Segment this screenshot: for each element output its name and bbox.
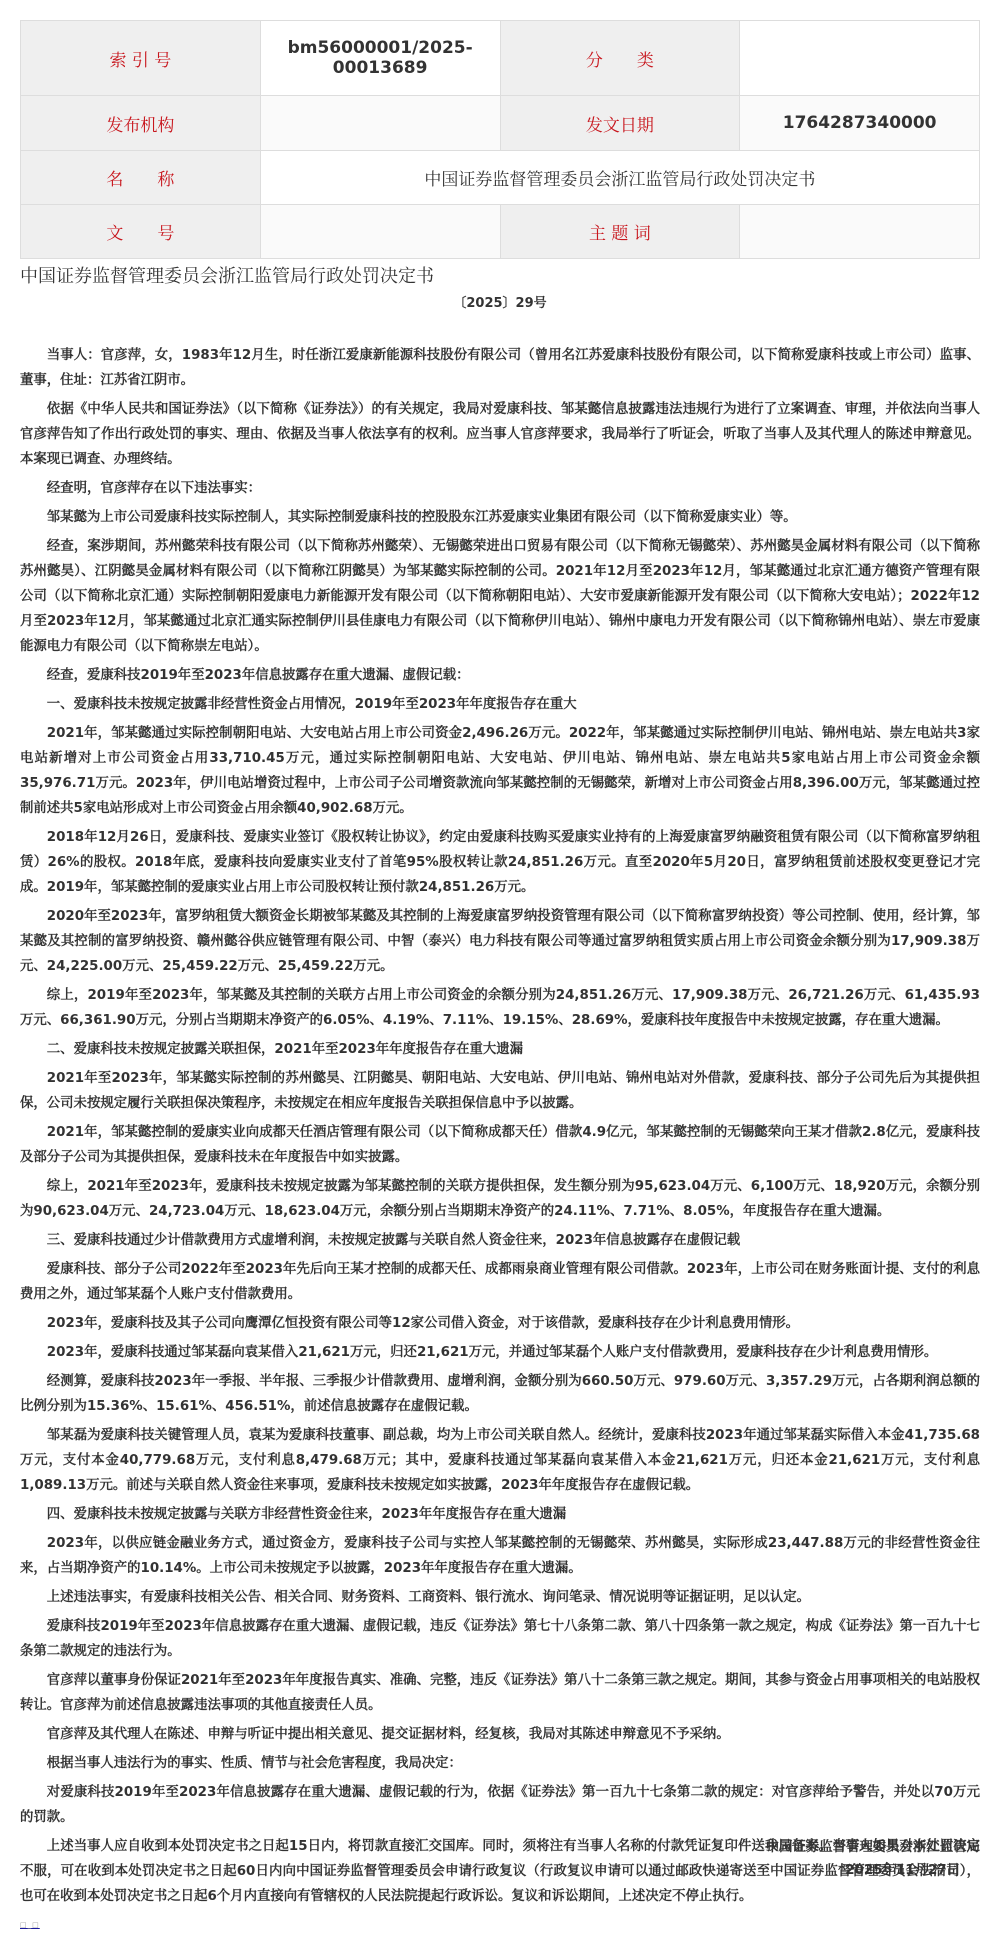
signature-org: 中国证券监督管理委员会浙江监管局 bbox=[766, 1836, 980, 1859]
publisher-value bbox=[260, 96, 500, 151]
document-title: 中国证券监督管理委员会浙江监管局行政处罚决定书 bbox=[20, 262, 434, 288]
body-paragraph: 爱康科技2019年至2023年信息披露存在重大遗漏、虚假记载，违反《证券法》第七… bbox=[20, 1614, 980, 1664]
body-paragraph: 上述违法事实，有爱康科技相关公告、相关合同、财务资料、工商资料、银行流水、询问笔… bbox=[20, 1585, 980, 1610]
body-paragraph: 综上，2019年至2023年，邹某懿及其控制的关联方占用上市公司资金的余额分别为… bbox=[20, 983, 980, 1033]
metadata-table: 索 引 号 bm56000001/2025-00013689 分 类 发布机构 … bbox=[20, 20, 980, 259]
signature-block: 中国证券监督管理委员会浙江监管局 2025年11月27日 bbox=[766, 1836, 980, 1882]
body-paragraph: 邹某磊为爱康科技关键管理人员，袁某为爱康科技董事、副总裁，均为上市公司关联自然人… bbox=[20, 1423, 980, 1498]
body-paragraph: 官彦萍及其代理人在陈述、申辩与听证中提出相关意见、提交证据材料，经复核，我局对其… bbox=[20, 1722, 980, 1747]
body-paragraph: 根据当事人违法行为的事实、性质、情节与社会危害程度，我局决定： bbox=[20, 1751, 980, 1776]
document-number: 〔2025〕29号 bbox=[0, 292, 1000, 311]
body-paragraph: 官彦萍以董事身份保证2021年至2023年年度报告真实、准确、完整，违反《证券法… bbox=[20, 1668, 980, 1718]
body-paragraph: 2023年，以供应链金融业务方式，通过资金方，爱康科技子公司与实控人邹某懿控制的… bbox=[20, 1531, 980, 1581]
body-paragraph: 邹某懿为上市公司爱康科技实际控制人，其实际控制爱康科技的控股股东江苏爱康实业集团… bbox=[20, 505, 980, 530]
category-value bbox=[740, 21, 980, 96]
body-paragraph: 综上，2021年至2023年，爱康科技未按规定披露为邹某懿控制的关联方提供担保，… bbox=[20, 1174, 980, 1224]
body-paragraph: 依据《中华人民共和国证券法》（以下简称《证券法》）的有关规定，我局对爱康科技、邹… bbox=[20, 397, 980, 472]
body-paragraph: 当事人：官彦萍，女，1983年12月生，时任浙江爱康新能源科技股份有限公司（曾用… bbox=[20, 343, 980, 393]
name-value: 中国证券监督管理委员会浙江监管局行政处罚决定书 bbox=[260, 151, 979, 205]
issue-date-value: 1764287340000 bbox=[740, 96, 980, 151]
doc-no-label: 文 号 bbox=[21, 205, 261, 259]
body-paragraph: 2023年，爱康科技及其子公司向鹰潭亿恒投资有限公司等12家公司借入资金，对于该… bbox=[20, 1311, 980, 1336]
publisher-label: 发布机构 bbox=[21, 96, 261, 151]
body-paragraph: 2020年至2023年，富罗纳租赁大额资金长期被邹某懿及其控制的上海爱康富罗纳投… bbox=[20, 904, 980, 979]
body-paragraph: 二、爱康科技未按规定披露关联担保，2021年至2023年年度报告存在重大遗漏 bbox=[20, 1037, 980, 1062]
body-paragraph: 爱康科技、部分子公司2022年至2023年先后向王某才控制的成都天任、成都雨泉商… bbox=[20, 1257, 980, 1307]
metadata-row: 名 称 中国证券监督管理委员会浙江监管局行政处罚决定书 bbox=[21, 151, 980, 205]
body-paragraph: 经测算，爱康科技2023年一季报、半年报、三季报少计借款费用、虚增利润，金额分别… bbox=[20, 1369, 980, 1419]
document-body: 当事人：官彦萍，女，1983年12月生，时任浙江爱康新能源科技股份有限公司（曾用… bbox=[20, 343, 980, 1913]
body-paragraph: 2018年12月26日，爱康科技、爱康实业签订《股权转让协议》，约定由爱康科技购… bbox=[20, 825, 980, 900]
body-paragraph: 2023年，爱康科技通过邹某磊向袁某借入21,621万元，归还21,621万元，… bbox=[20, 1340, 980, 1365]
category-label: 分 类 bbox=[500, 21, 740, 96]
metadata-row: 索 引 号 bm56000001/2025-00013689 分 类 bbox=[21, 21, 980, 96]
index-label: 索 引 号 bbox=[21, 21, 261, 96]
body-paragraph: 2021年，邹某懿通过实际控制朝阳电站、大安电站占用上市公司资金2,496.26… bbox=[20, 721, 980, 821]
body-paragraph: 经查明，官彦萍存在以下违法事实： bbox=[20, 476, 980, 501]
body-paragraph: 2021年至2023年，邹某懿实际控制的苏州懿昊、江阴懿昊、朝阳电站、大安电站、… bbox=[20, 1066, 980, 1116]
body-paragraph: 三、爱康科技通过少计借款费用方式虚增利润，未按规定披露与关联自然人资金往来，20… bbox=[20, 1228, 980, 1253]
footer-link[interactable]: □_□ bbox=[20, 1921, 40, 1929]
body-paragraph: 一、爱康科技未按规定披露非经营性资金占用情况，2019年至2023年年度报告存在… bbox=[20, 692, 980, 717]
doc-no-value bbox=[260, 205, 500, 259]
metadata-row: 发布机构 发文日期 1764287340000 bbox=[21, 96, 980, 151]
name-label: 名 称 bbox=[21, 151, 261, 205]
metadata-row: 文 号 主 题 词 bbox=[21, 205, 980, 259]
body-paragraph: 2021年，邹某懿控制的爱康实业向成都天任酒店管理有限公司（以下简称成都天任）借… bbox=[20, 1120, 980, 1170]
issue-date-label: 发文日期 bbox=[500, 96, 740, 151]
keywords-value bbox=[740, 205, 980, 259]
body-paragraph: 对爱康科技2019年至2023年信息披露存在重大遗漏、虚假记载的行为，依据《证券… bbox=[20, 1780, 980, 1830]
index-value: bm56000001/2025-00013689 bbox=[260, 21, 500, 96]
body-paragraph: 经查，案涉期间，苏州懿荣科技有限公司（以下简称苏州懿荣）、无锡懿荣进出口贸易有限… bbox=[20, 534, 980, 659]
keywords-label: 主 题 词 bbox=[500, 205, 740, 259]
body-paragraph: 四、爱康科技未按规定披露与关联方非经营性资金往来，2023年年度报告存在重大遗漏 bbox=[20, 1502, 980, 1527]
body-paragraph: 经查，爱康科技2019年至2023年信息披露存在重大遗漏、虚假记载： bbox=[20, 663, 980, 688]
signature-date: 2025年11月27日 bbox=[766, 1859, 980, 1882]
